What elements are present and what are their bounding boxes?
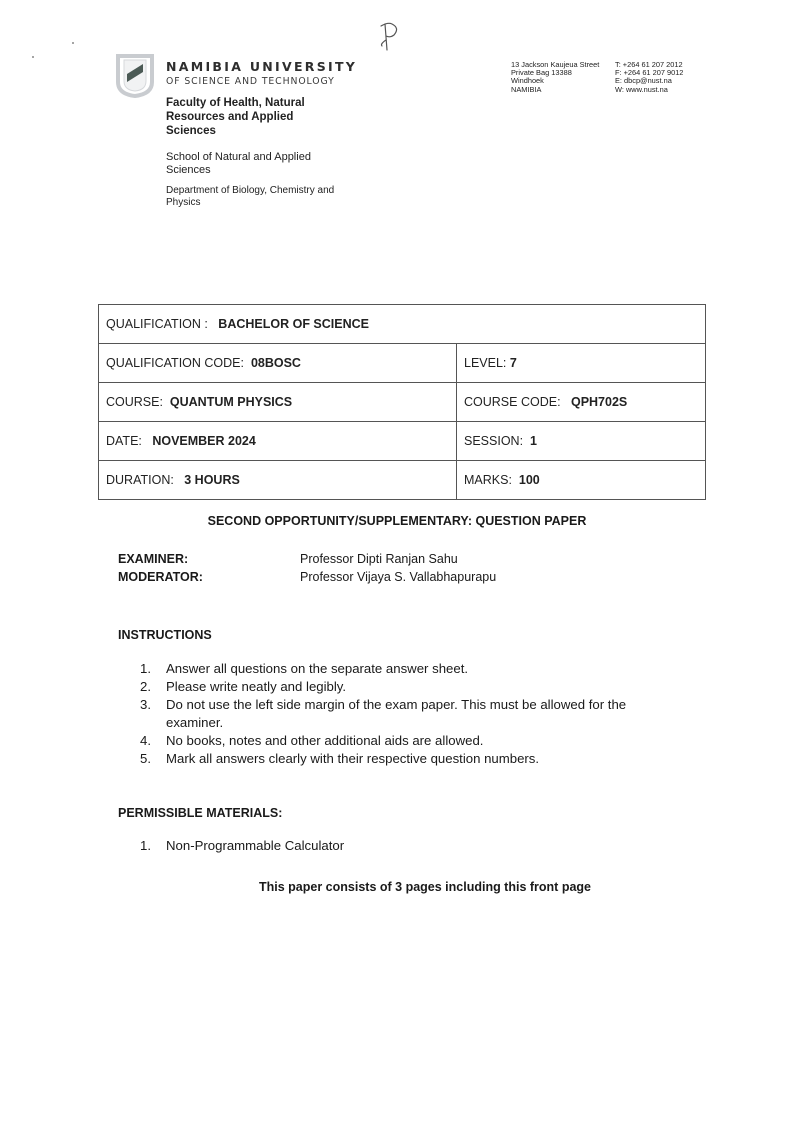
list-number: 5. xyxy=(140,750,166,768)
list-item: 5. Mark all answers clearly with their r… xyxy=(140,750,666,768)
qualification-cell: QUALIFICATION : BACHELOR OF SCIENCE xyxy=(99,305,706,344)
list-number: 4. xyxy=(140,732,166,750)
course-code-cell: COURSE CODE: QPH702S xyxy=(457,383,706,422)
list-text: Mark all answers clearly with their resp… xyxy=(166,750,666,768)
list-item: 1. Answer all questions on the separate … xyxy=(140,660,666,678)
university-name: NAMIBIA UNIVERSITY xyxy=(166,59,357,74)
list-item: 3. Do not use the left side margin of th… xyxy=(140,696,666,732)
session-value: 1 xyxy=(530,434,537,448)
contact-web[interactable]: W: www.nust.na xyxy=(615,86,683,94)
marks-cell: MARKS: 100 xyxy=(457,461,706,500)
session-label: SESSION: xyxy=(464,434,523,448)
handwritten-initials-mark xyxy=(372,18,408,54)
marks-label: MARKS: xyxy=(464,473,512,487)
address-line: NAMIBIA xyxy=(511,86,599,94)
list-text: No books, notes and other additional aid… xyxy=(166,732,666,750)
list-text: Answer all questions on the separate ans… xyxy=(166,660,666,678)
qualification-value: BACHELOR OF SCIENCE xyxy=(218,317,369,331)
session-cell: SESSION: 1 xyxy=(457,422,706,461)
qualification-code-cell: QUALIFICATION CODE: 08BOSC xyxy=(99,344,457,383)
list-text: Non-Programmable Calculator xyxy=(166,837,666,855)
list-item: 2. Please write neatly and legibly. xyxy=(140,678,666,696)
faculty-name: Faculty of Health, Natural Resources and… xyxy=(166,96,336,138)
list-number: 2. xyxy=(140,678,166,696)
list-number: 1. xyxy=(140,837,166,855)
marks-value: 100 xyxy=(519,473,540,487)
level-cell: LEVEL: 7 xyxy=(457,344,706,383)
instructions-heading: INSTRUCTIONS xyxy=(118,628,212,642)
school-name: School of Natural and Applied Sciences xyxy=(166,151,336,177)
course-label: COURSE: xyxy=(106,395,163,409)
course-value: QUANTUM PHYSICS xyxy=(170,395,292,409)
paper-title: SECOND OPPORTUNITY/SUPPLEMENTARY: QUESTI… xyxy=(0,514,794,528)
course-code-label: COURSE CODE: xyxy=(464,395,561,409)
list-number: 1. xyxy=(140,660,166,678)
contact-address: 13 Jackson Kaujeua Street Private Bag 13… xyxy=(511,61,599,94)
instructions-list: 1. Answer all questions on the separate … xyxy=(140,660,666,768)
list-number: 3. xyxy=(140,696,166,732)
examiner-label: EXAMINER: xyxy=(118,552,188,566)
qualification-code-value: 08BOSC xyxy=(251,356,301,370)
university-subtitle: OF SCIENCE AND TECHNOLOGY xyxy=(166,76,335,87)
moderator-label: MODERATOR: xyxy=(118,570,203,584)
table-row: DURATION: 3 HOURS MARKS: 100 xyxy=(99,461,706,500)
course-cell: COURSE: QUANTUM PHYSICS xyxy=(99,383,457,422)
examiner-name: Professor Dipti Ranjan Sahu xyxy=(300,552,458,566)
permissible-materials-heading: PERMISSIBLE MATERIALS: xyxy=(118,806,282,820)
qualification-code-label: QUALIFICATION CODE: xyxy=(106,356,244,370)
course-code-value: QPH702S xyxy=(571,395,627,409)
department-name: Department of Biology, Chemistry and Phy… xyxy=(166,185,336,209)
exam-info-table: QUALIFICATION : BACHELOR OF SCIENCE QUAL… xyxy=(98,304,706,500)
duration-label: DURATION: xyxy=(106,473,174,487)
list-item: 1. Non-Programmable Calculator xyxy=(140,837,666,855)
table-row: COURSE: QUANTUM PHYSICS COURSE CODE: QPH… xyxy=(99,383,706,422)
date-value: NOVEMBER 2024 xyxy=(152,434,256,448)
scan-speck xyxy=(32,56,34,58)
level-label: LEVEL: xyxy=(464,356,506,370)
level-value: 7 xyxy=(510,356,517,370)
moderator-name: Professor Vijaya S. Vallabhapurapu xyxy=(300,570,496,584)
list-item: 4. No books, notes and other additional … xyxy=(140,732,666,750)
table-row: QUALIFICATION CODE: 08BOSC LEVEL: 7 xyxy=(99,344,706,383)
duration-cell: DURATION: 3 HOURS xyxy=(99,461,457,500)
date-label: DATE: xyxy=(106,434,142,448)
qualification-label: QUALIFICATION : xyxy=(106,317,208,331)
list-text: Do not use the left side margin of the e… xyxy=(166,696,666,732)
contact-details: T: +264 61 207 2012 F: +264 61 207 9012 … xyxy=(615,61,683,94)
table-row: QUALIFICATION : BACHELOR OF SCIENCE xyxy=(99,305,706,344)
table-row: DATE: NOVEMBER 2024 SESSION: 1 xyxy=(99,422,706,461)
permissible-materials-list: 1. Non-Programmable Calculator xyxy=(140,837,666,855)
scan-speck xyxy=(72,42,74,44)
page-count-note: This paper consists of 3 pages including… xyxy=(0,880,794,894)
list-text: Please write neatly and legibly. xyxy=(166,678,666,696)
university-logo-icon xyxy=(115,52,155,98)
duration-value: 3 HOURS xyxy=(184,473,240,487)
date-cell: DATE: NOVEMBER 2024 xyxy=(99,422,457,461)
